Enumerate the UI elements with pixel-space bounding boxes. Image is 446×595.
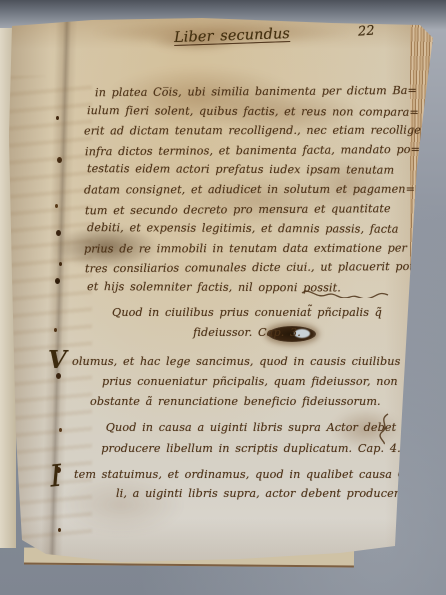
manuscript-line: et hijs solemniter factis, nil opponi po… (87, 277, 446, 298)
paragraph-1: in platea Co̅is, ubi similia banimenta p… (85, 82, 446, 298)
end-flourish-icon (300, 284, 392, 298)
margin-flourish-icon (376, 412, 392, 446)
manuscript-line: prius de re immobili in tenutam data ext… (84, 238, 445, 259)
manuscript-line: tum et secundo decreto pro mensura et qu… (85, 198, 446, 220)
manuscript-line: datam consignet, et adiudicet in solutum… (84, 179, 445, 200)
manuscript-line: debiti, et expensis legitimis, et damnis… (87, 218, 446, 239)
manuscript-line: obstante ã renunciatione beneficio fidei… (52, 392, 400, 412)
page-number: 22 (357, 23, 375, 39)
manuscript-line: Quod in causa a uiginti libris supra Act… (100, 418, 402, 439)
manuscript-line: producere libellum in scriptis duplicatu… (100, 439, 402, 460)
paragraph-3: I tem statuimus, et ordinamus, quod in q… (50, 465, 430, 503)
manuscript-line: Quod in ciuilibus prius conueniat̃ pñcip… (97, 303, 397, 323)
manuscript-line: testatis eidem actori prefatus iudex ips… (87, 159, 446, 180)
manuscript-line: fideiussor. Cap. 3. (97, 323, 397, 343)
rubric-cap3: Quod in ciuilibus prius conueniat̃ pñcip… (97, 303, 397, 343)
manuscript-line: tres consiliarios comunales dicte ciui.,… (85, 257, 446, 279)
manuscript-line: iulum fieri solent, quibus factis, et re… (87, 101, 446, 122)
manuscript-line: prius conueniatur pñcipalis, quam fideiu… (52, 372, 400, 392)
manuscript-page: Liber secundus 22 in platea Co̅is, ubi s… (2, 16, 442, 568)
initial-capital-v: V (48, 345, 67, 374)
rubric-cap4: Quod in causa a uiginti libris supra Act… (100, 418, 402, 459)
manuscript-line: li, a uiginti libris supra, actor debent… (50, 484, 430, 503)
manuscript-line: infra dictos terminos, et banimenta fact… (85, 140, 446, 162)
manuscript-line: in platea Co̅is, ubi similia banimenta p… (85, 81, 446, 103)
manuscript-line: tem statuimus, et ordinamus, quod in qua… (50, 465, 430, 484)
photo-backdrop: { "photo": { "background_color": "#858c9… (0, 0, 446, 595)
manuscript-line: erit ad dictam tenutam recolligend., nec… (84, 121, 445, 142)
paragraph-2: V olumus, et hac lege sancimus, quod in … (52, 352, 400, 412)
manuscript-line: olumus, et hac lege sancimus, quod in ca… (52, 352, 400, 372)
